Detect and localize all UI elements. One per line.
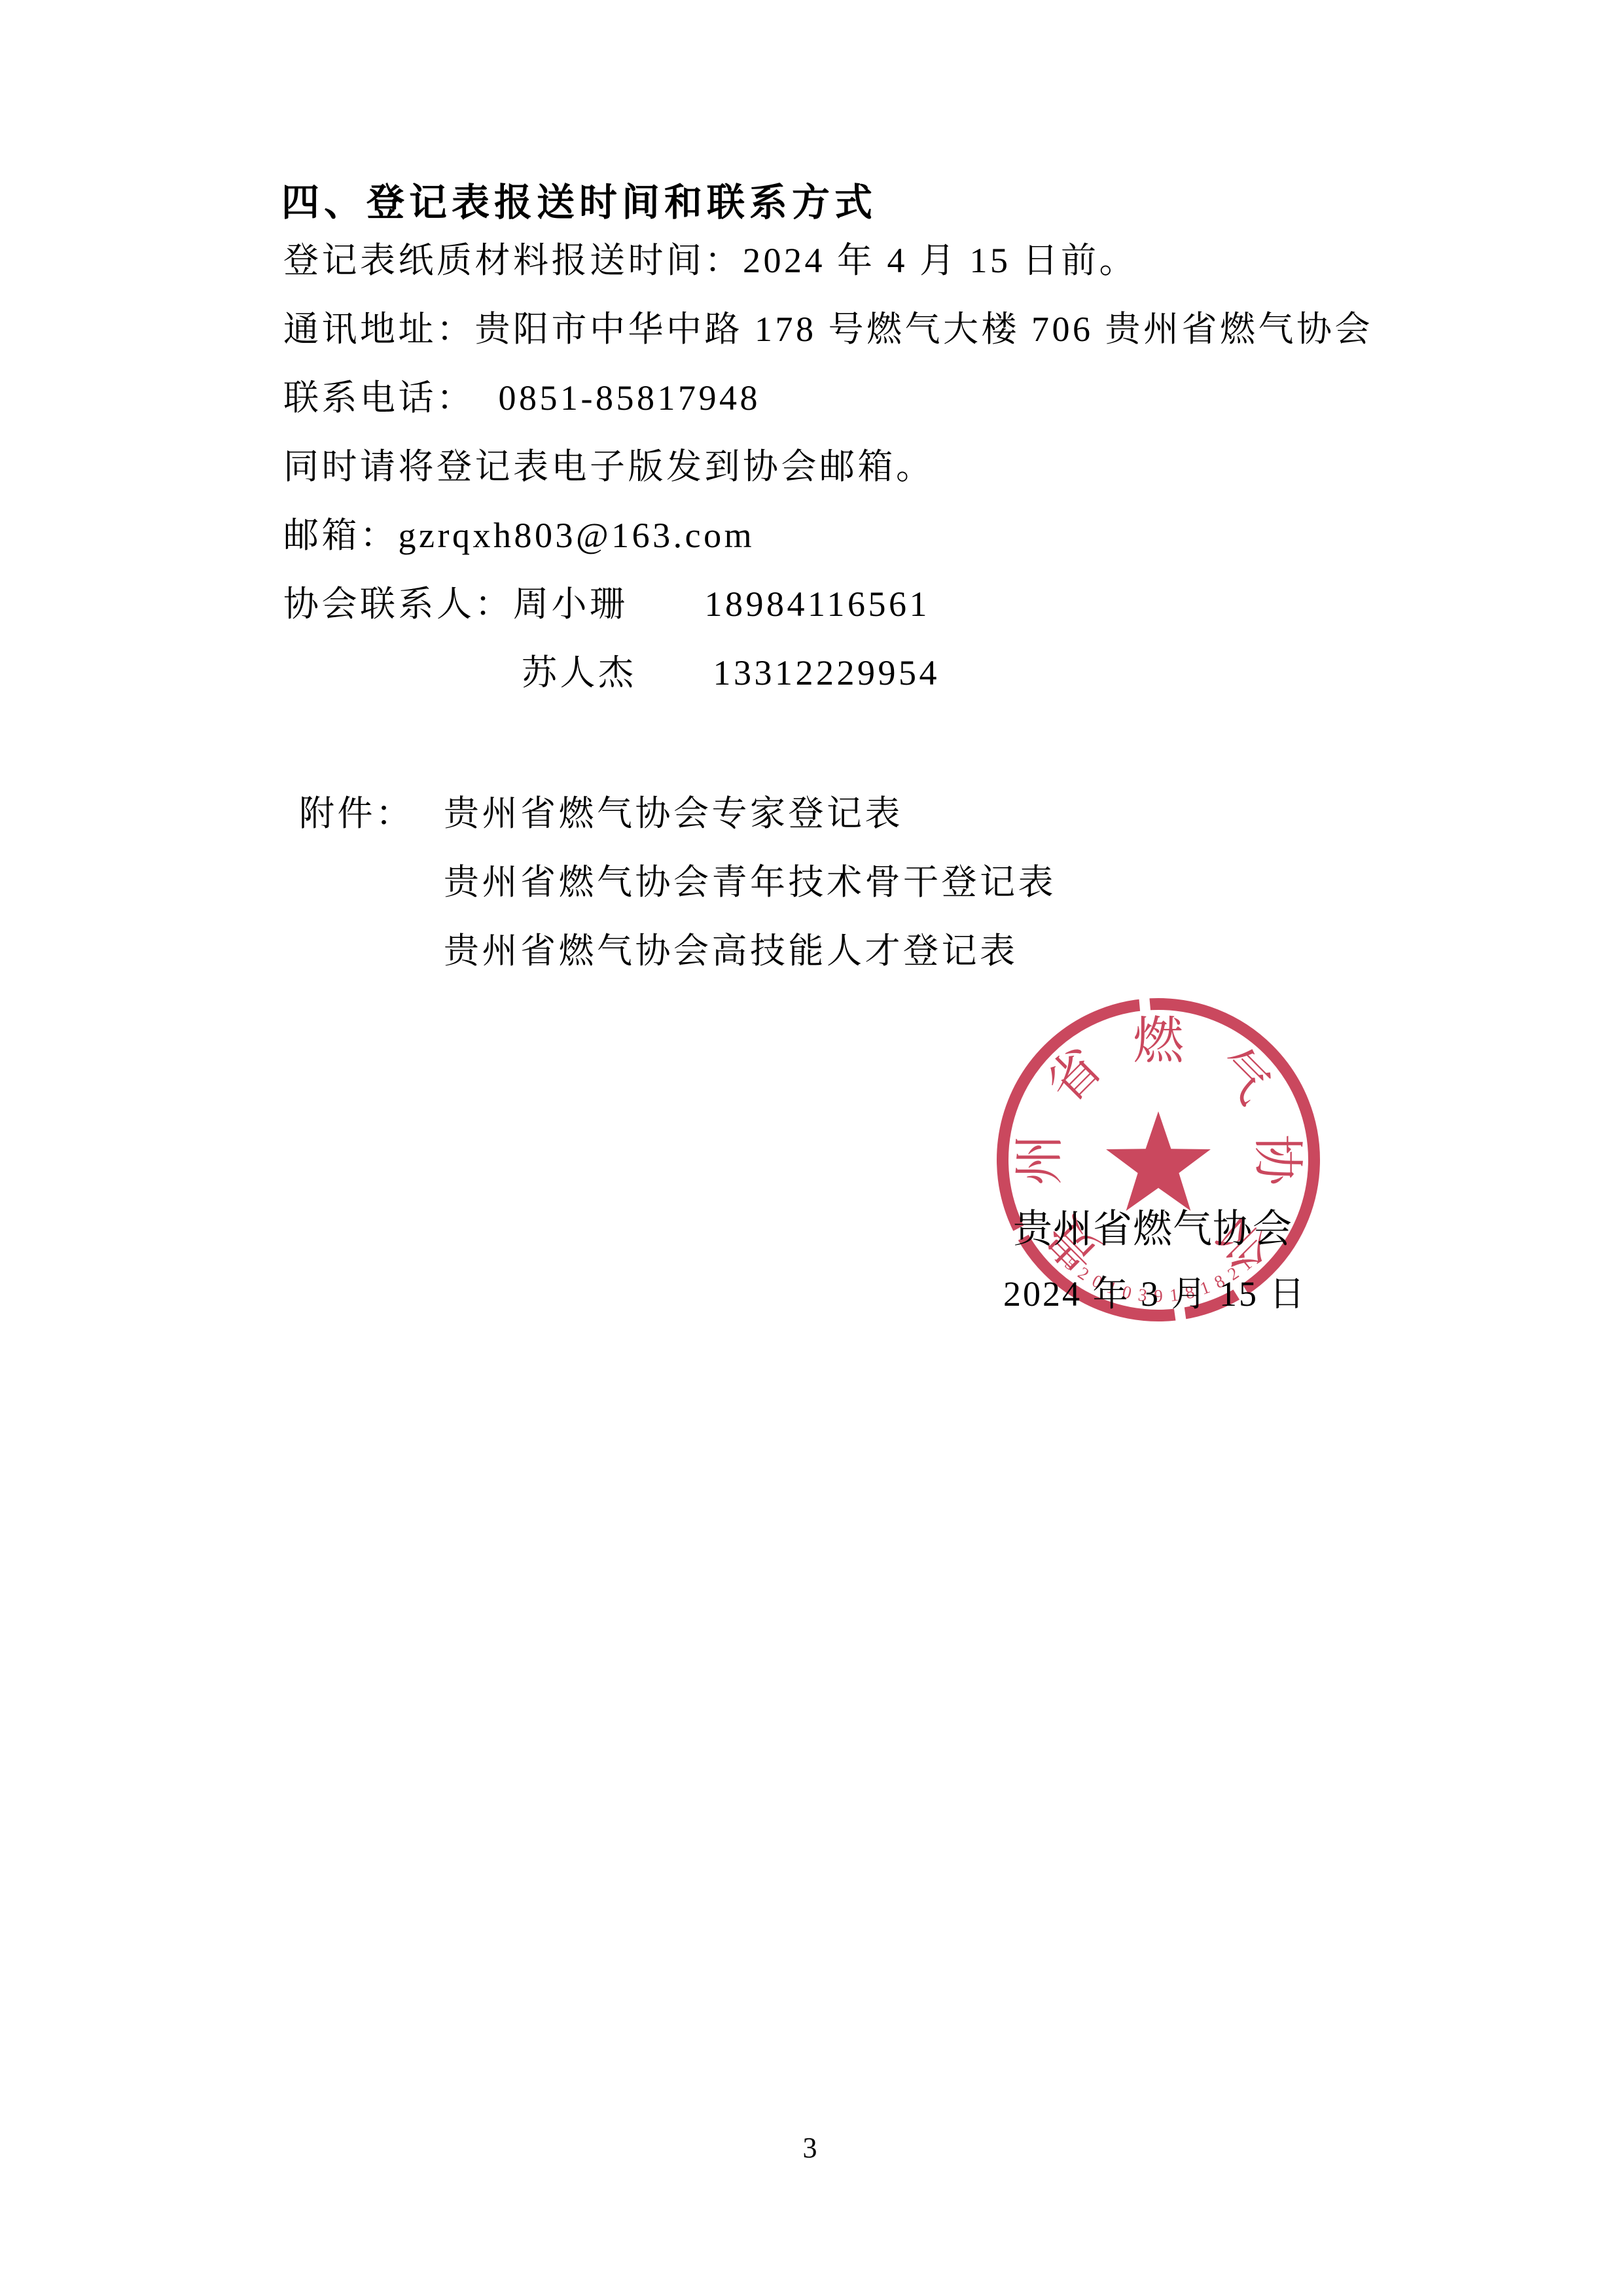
section-heading: 四、登记表报送时间和联系方式 — [281, 171, 877, 226]
attachments-label: 附件： — [299, 785, 414, 836]
line-phone: 联系电话： 0851-85817948 — [283, 377, 760, 419]
attachment-item: 贵州省燃气协会专家登记表 — [444, 785, 903, 836]
seal-star-icon — [1106, 1111, 1211, 1211]
line-contact-2: 苏人杰 13312229954 — [522, 652, 940, 694]
line-email: 邮箱：gzrqxh803@163.com — [283, 514, 755, 556]
page-number: 3 — [772, 2131, 847, 2164]
seal-ring-char: 燃 — [1133, 1013, 1185, 1069]
seal-ring-char: 气 — [1204, 1037, 1281, 1114]
line-deadline: 登记表纸质材料报送时间：2024 年 4 月 15 日前。 — [283, 240, 1137, 281]
line-address: 通讯地址：贵阳市中华中路 178 号燃气大楼 706 贵州省燃气协会 — [283, 308, 1373, 350]
seal-ring-char: 协 — [1249, 1134, 1306, 1187]
seal-ring-char: 州 — [1011, 1134, 1068, 1185]
seal-ring-char: 省 — [1036, 1037, 1113, 1114]
attachment-item: 贵州省燃气协会青年技术骨干登记表 — [444, 854, 1056, 905]
signature-org: 贵州省燃气协会 — [1013, 1198, 1293, 1254]
line-email-note: 同时请将登记表电子版发到协会邮箱。 — [283, 446, 935, 488]
line-contact-1: 协会联系人：周小珊 18984116561 — [283, 583, 930, 625]
seal-ring-break — [1138, 990, 1151, 1018]
signature-date: 2024 年 3 月 15 日 — [1003, 1266, 1307, 1316]
document-page: 四、登记表报送时间和联系方式 登记表纸质材料报送时间：2024 年 4 月 15… — [0, 0, 1623, 2296]
attachment-item: 贵州省燃气协会高技能人才登记表 — [444, 923, 1018, 973]
